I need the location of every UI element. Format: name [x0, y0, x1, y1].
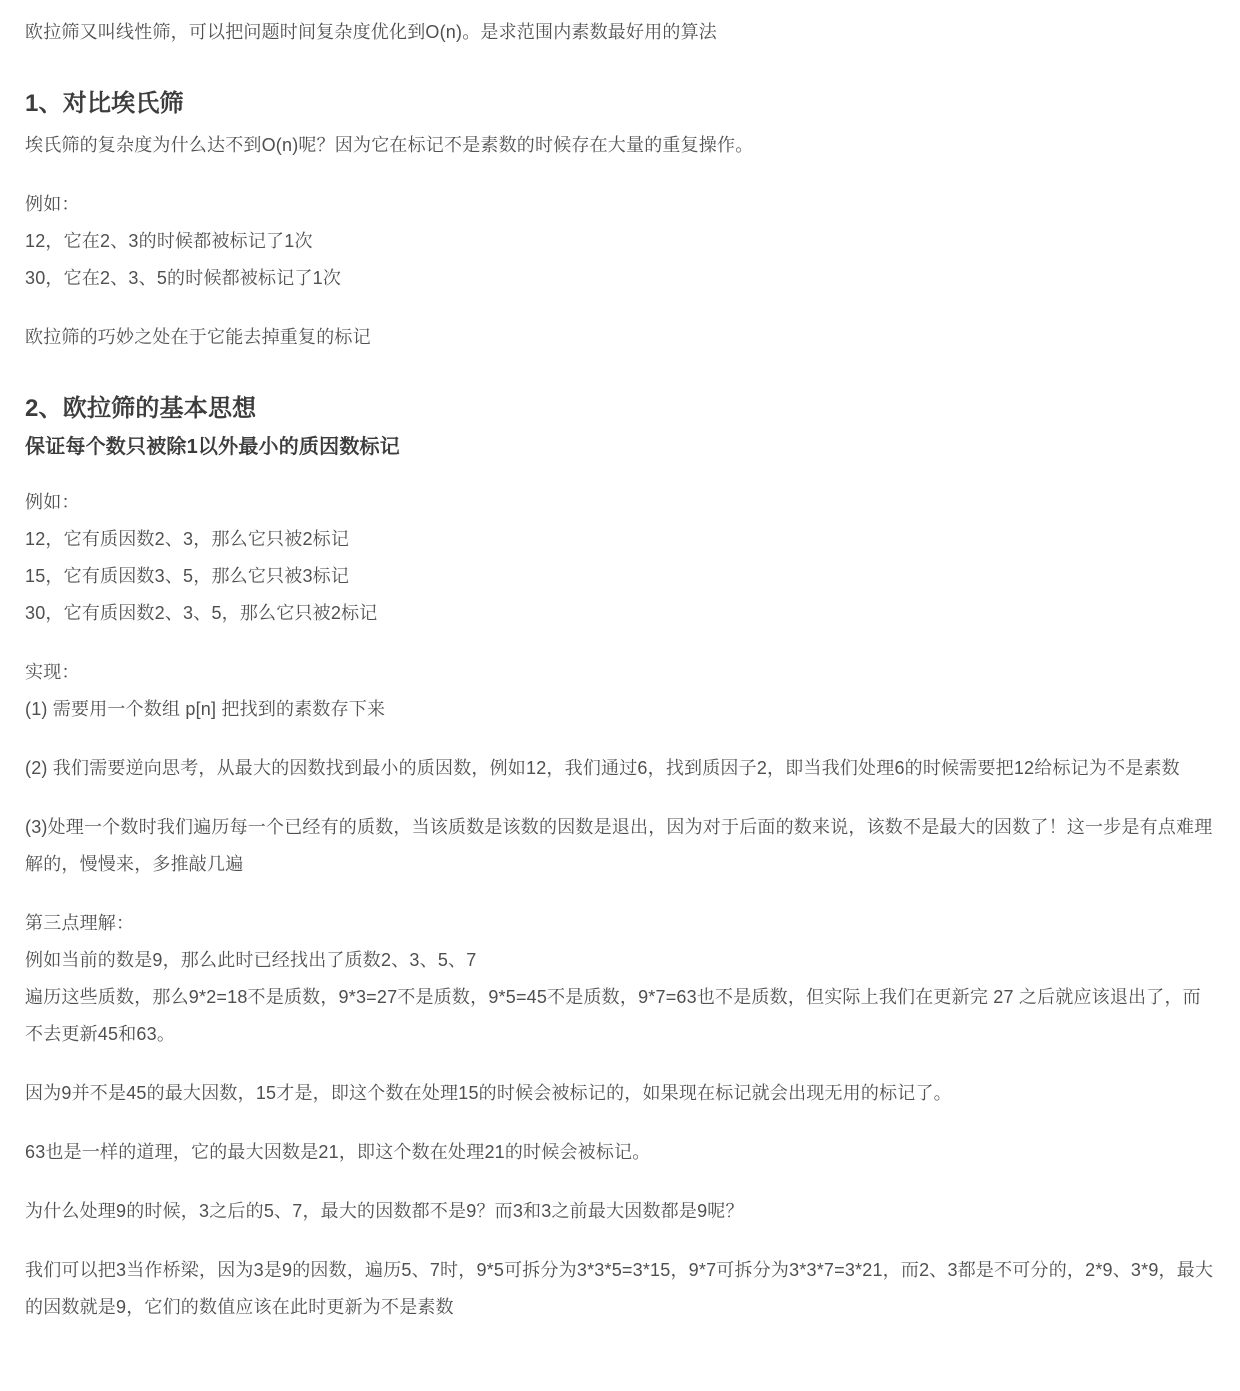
example-line: 12，它有质因数2、3，那么它只被2标记 — [25, 521, 1215, 558]
example-line: 12，它在2、3的时候都被标记了1次 — [25, 223, 1215, 260]
section1-heading: 1、对比埃氏筛 — [25, 87, 1215, 121]
implementation-step: (1) 需要用一个数组 p[n] 把找到的素数存下来 — [25, 691, 1215, 728]
article-body: 欧拉筛又叫线性筛，可以把问题时间复杂度优化到O(n)。是求范围内素数最好用的算法… — [0, 0, 1240, 1368]
implementation-step3-paragraph: (3)处理一个数时我们遍历每一个已经有的质数，当该质数是该数的因数是退出，因为对… — [25, 809, 1215, 883]
implementation-label: 实现： — [25, 654, 1215, 691]
example-line: 30，它在2、3、5的时候都被标记了1次 — [25, 260, 1215, 297]
implementation-block: 实现： (1) 需要用一个数组 p[n] 把找到的素数存下来 — [25, 654, 1215, 728]
section1-clever-paragraph: 欧拉筛的巧妙之处在于它能去掉重复的标记 — [25, 319, 1215, 356]
section1-example-block: 例如： 12，它在2、3的时候都被标记了1次 30，它在2、3、5的时候都被标记… — [25, 186, 1215, 297]
explanation-45-paragraph: 因为9并不是45的最大因数，15才是，即这个数在处理15的时候会被标记的，如果现… — [25, 1075, 1215, 1112]
intro-paragraph: 欧拉筛又叫线性筛，可以把问题时间复杂度优化到O(n)。是求范围内素数最好用的算法 — [25, 14, 1215, 51]
section1-why-paragraph: 埃氏筛的复杂度为什么达不到O(n)呢？因为它在标记不是素数的时候存在大量的重复操… — [25, 127, 1215, 164]
section2-principle: 保证每个数只被除1以外最小的质因数标记 — [25, 432, 1215, 462]
question-paragraph: 为什么处理9的时候，3之后的5、7，最大的因数都不是9？而3和3之前最大因数都是… — [25, 1193, 1215, 1230]
point3-block: 第三点理解： 例如当前的数是9，那么此时已经找出了质数2、3、5、7 遍历这些质… — [25, 905, 1215, 1053]
point3-label: 第三点理解： — [25, 905, 1215, 942]
example-line: 15，它有质因数3、5，那么它只被3标记 — [25, 558, 1215, 595]
explanation-63-paragraph: 63也是一样的道理，它的最大因数是21，即这个数在处理21的时候会被标记。 — [25, 1134, 1215, 1171]
section2-heading: 2、欧拉筛的基本思想 — [25, 392, 1215, 426]
point3-line: 遍历这些质数，那么9*2=18不是质数，9*3=27不是质数，9*5=45不是质… — [25, 979, 1215, 1053]
example-label: 例如： — [25, 484, 1215, 521]
section2-example-block: 例如： 12，它有质因数2、3，那么它只被2标记 15，它有质因数3、5，那么它… — [25, 484, 1215, 632]
bridge-paragraph: 我们可以把3当作桥梁，因为3是9的因数，遍历5、7时，9*5可拆分为3*3*5=… — [25, 1252, 1215, 1326]
point3-line: 例如当前的数是9，那么此时已经找出了质数2、3、5、7 — [25, 942, 1215, 979]
example-label: 例如： — [25, 186, 1215, 223]
example-line: 30，它有质因数2、3、5，那么它只被2标记 — [25, 595, 1215, 632]
implementation-step2-paragraph: (2) 我们需要逆向思考，从最大的因数找到最小的质因数，例如12，我们通过6，找… — [25, 750, 1215, 787]
